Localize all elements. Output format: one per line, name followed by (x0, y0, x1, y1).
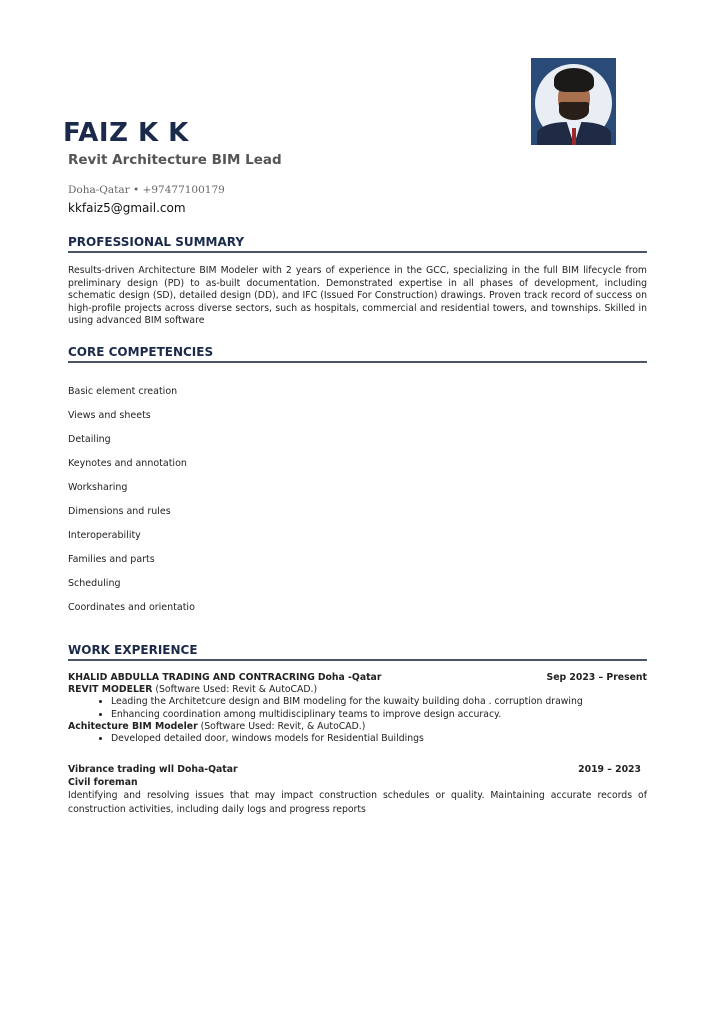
job-entry: Vibrance trading wll Doha-Qatar 2019 – 2… (68, 763, 647, 816)
competency-item: Keynotes and annotation (68, 457, 195, 481)
role-bullets: Leading the Architetcure design and BIM … (68, 695, 647, 721)
role-software: (Software Used: Revit, & AutoCAD.) (201, 721, 366, 732)
bullet-item: Leading the Architetcure design and BIM … (111, 695, 647, 708)
profile-photo (531, 58, 616, 145)
job-company-line: KHALID ABDULLA TRADING AND CONTRACRING D… (68, 671, 381, 684)
competency-item: Views and sheets (68, 409, 195, 433)
competency-item: Detailing (68, 433, 195, 457)
photo-tie (572, 128, 576, 145)
role-title: Achitecture BIM Modeler (68, 721, 198, 732)
role-bullets: Developed detailed door, windows models … (68, 732, 647, 745)
competencies-list: Basic element creation Views and sheets … (68, 385, 195, 625)
role-line: REVIT MODELER (Software Used: Revit & Au… (68, 684, 647, 695)
role-title: REVIT MODELER (68, 684, 152, 695)
job-company: KHALID ABDULLA TRADING AND CONTRACRING (68, 672, 315, 683)
photo-beard (559, 102, 589, 120)
competency-item: Scheduling (68, 577, 195, 601)
job-entry: KHALID ABDULLA TRADING AND CONTRACRING D… (68, 671, 647, 745)
job-dates: Sep 2023 – Present (547, 671, 648, 684)
summary-text: Results-driven Architecture BIM Modeler … (68, 265, 647, 328)
competency-item: Worksharing (68, 481, 195, 505)
resume-page: FAIZ K K Revit Architecture BIM Lead Doh… (0, 0, 724, 1024)
job-company: Vibrance trading wll Doha-Qatar (68, 763, 238, 776)
job-location: Doha -Qatar (318, 672, 382, 683)
photo-hair (554, 68, 594, 92)
contact-line: Doha-Qatar • +97477100179 (68, 184, 225, 196)
email-link[interactable]: kkfaiz5@gmail.com (68, 201, 186, 215)
role-title: Civil foreman (68, 776, 647, 789)
competency-item: Families and parts (68, 553, 195, 577)
job-description: Identifying and resolving issues that ma… (68, 789, 647, 816)
role-software: (Software Used: Revit & AutoCAD.) (155, 684, 317, 695)
job-dates: 2019 – 2023 (578, 763, 647, 776)
competency-item: Dimensions and rules (68, 505, 195, 529)
competency-item: Coordinates and orientatio (68, 601, 195, 625)
summary-heading: PROFESSIONAL SUMMARY (68, 235, 647, 253)
job-header: Vibrance trading wll Doha-Qatar 2019 – 2… (68, 763, 647, 776)
job-header: KHALID ABDULLA TRADING AND CONTRACRING D… (68, 671, 647, 684)
experience-heading: WORK EXPERIENCE (68, 643, 647, 661)
candidate-name: FAIZ K K (63, 118, 189, 148)
role-line: Achitecture BIM Modeler (Software Used: … (68, 721, 647, 732)
competency-item: Basic element creation (68, 385, 195, 409)
job-title: Revit Architecture BIM Lead (68, 152, 282, 168)
competency-item: Interoperability (68, 529, 195, 553)
competencies-heading: CORE COMPETENCIES (68, 345, 647, 363)
bullet-item: Developed detailed door, windows models … (111, 732, 647, 745)
bullet-item: Enhancing coordination among multidiscip… (111, 708, 647, 721)
